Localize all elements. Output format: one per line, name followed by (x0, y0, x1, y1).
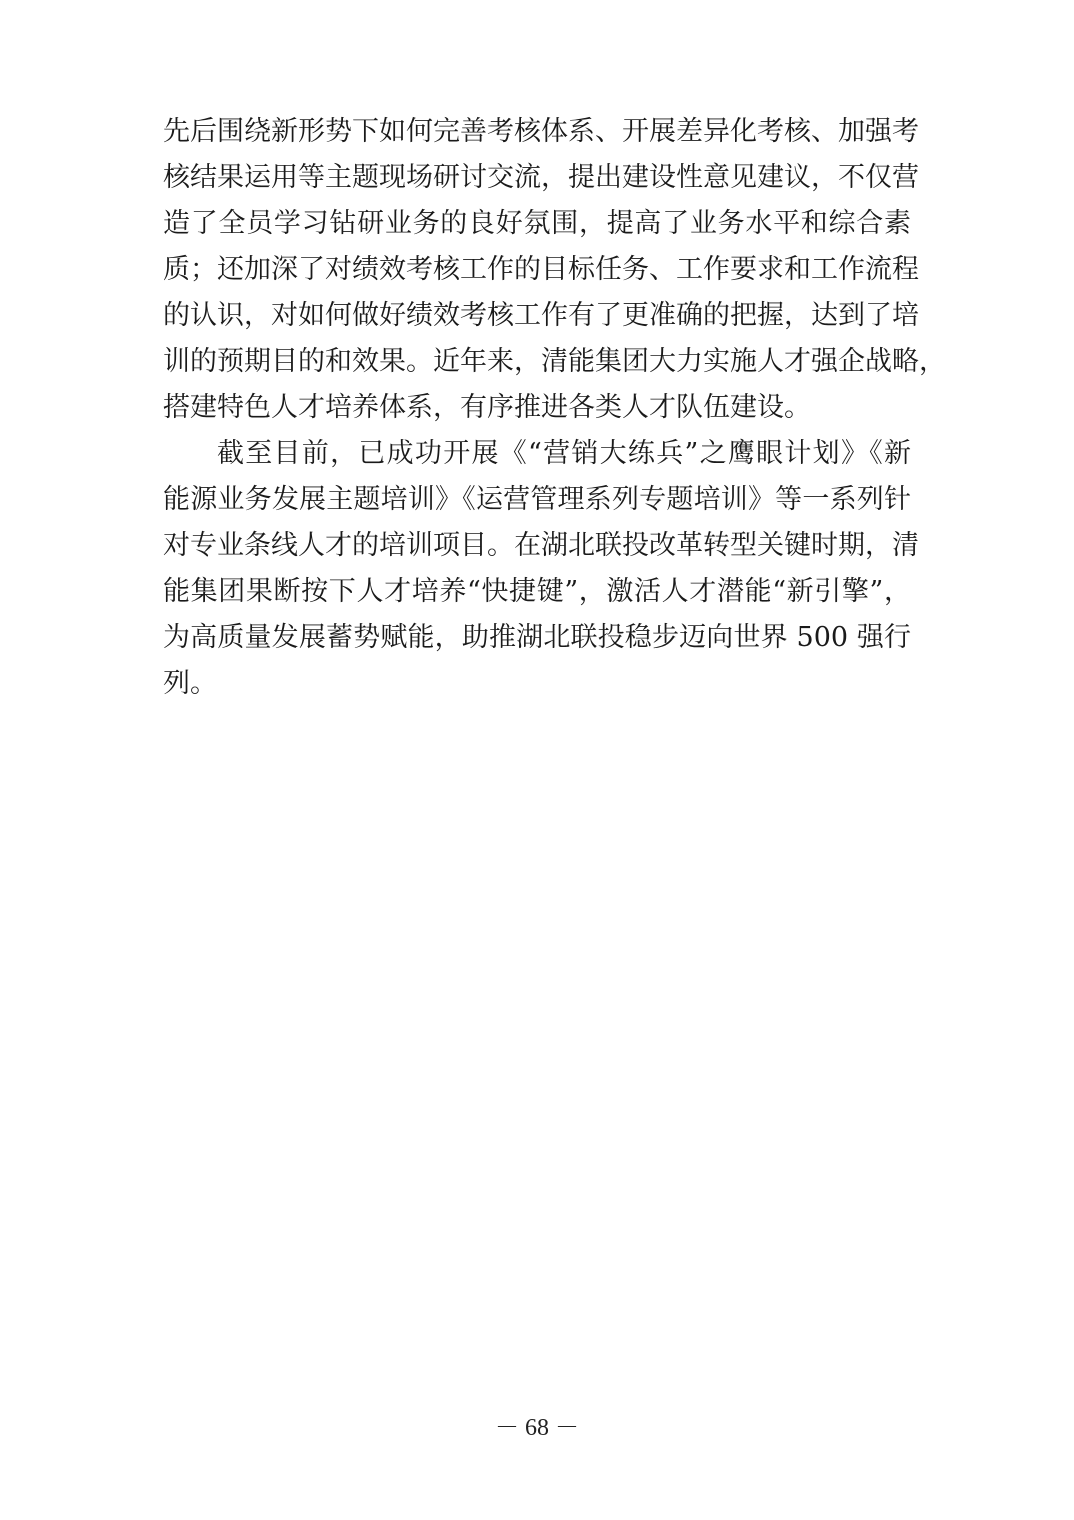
text-line: 先后围绕新形势下如何完善考核体系、开展差异化考核、加强考 (163, 109, 911, 155)
text-line: 截至目前，已成功开展《“营销大练兵”之鹰眼计划》《新 (163, 431, 911, 477)
text-line: 能集团果断按下人才培养“快捷键”，激活人才潜能“新引擎”， (163, 569, 911, 615)
document-page: 先后围绕新形势下如何完善考核体系、开展差异化考核、加强考 核结果运用等主题现场研… (0, 0, 1074, 1520)
paragraph-1: 先后围绕新形势下如何完善考核体系、开展差异化考核、加强考 核结果运用等主题现场研… (163, 109, 911, 431)
text-line: 能源业务发展主题培训》《运营管理系列专题培训》等一系列针 (163, 477, 911, 523)
text-line: 对专业条线人才的培训项目。在湖北联投改革转型关键时期，清 (163, 523, 911, 569)
text-line: 质；还加深了对绩效考核工作的目标任务、工作要求和工作流程 (163, 247, 911, 293)
page-number: － 68 － (0, 1413, 1074, 1443)
text-line: 的认识，对如何做好绩效考核工作有了更准确的把握，达到了培 (163, 293, 911, 339)
text-line: 列。 (163, 661, 911, 707)
text-line: 为高质量发展蓄势赋能，助推湖北联投稳步迈向世界 500 强行 (163, 615, 911, 661)
paragraph-2: 截至目前，已成功开展《“营销大练兵”之鹰眼计划》《新 能源业务发展主题培训》《运… (163, 431, 911, 707)
text-line: 核结果运用等主题现场研讨交流，提出建设性意见建议，不仅营 (163, 155, 911, 201)
text-line: 搭建特色人才培养体系，有序推进各类人才队伍建设。 (163, 385, 911, 431)
body-text: 先后围绕新形势下如何完善考核体系、开展差异化考核、加强考 核结果运用等主题现场研… (163, 109, 911, 707)
text-line: 造了全员学习钻研业务的良好氛围，提高了业务水平和综合素 (163, 201, 911, 247)
text-line: 训的预期目的和效果。近年来，清能集团大力实施人才强企战略， (163, 339, 911, 385)
